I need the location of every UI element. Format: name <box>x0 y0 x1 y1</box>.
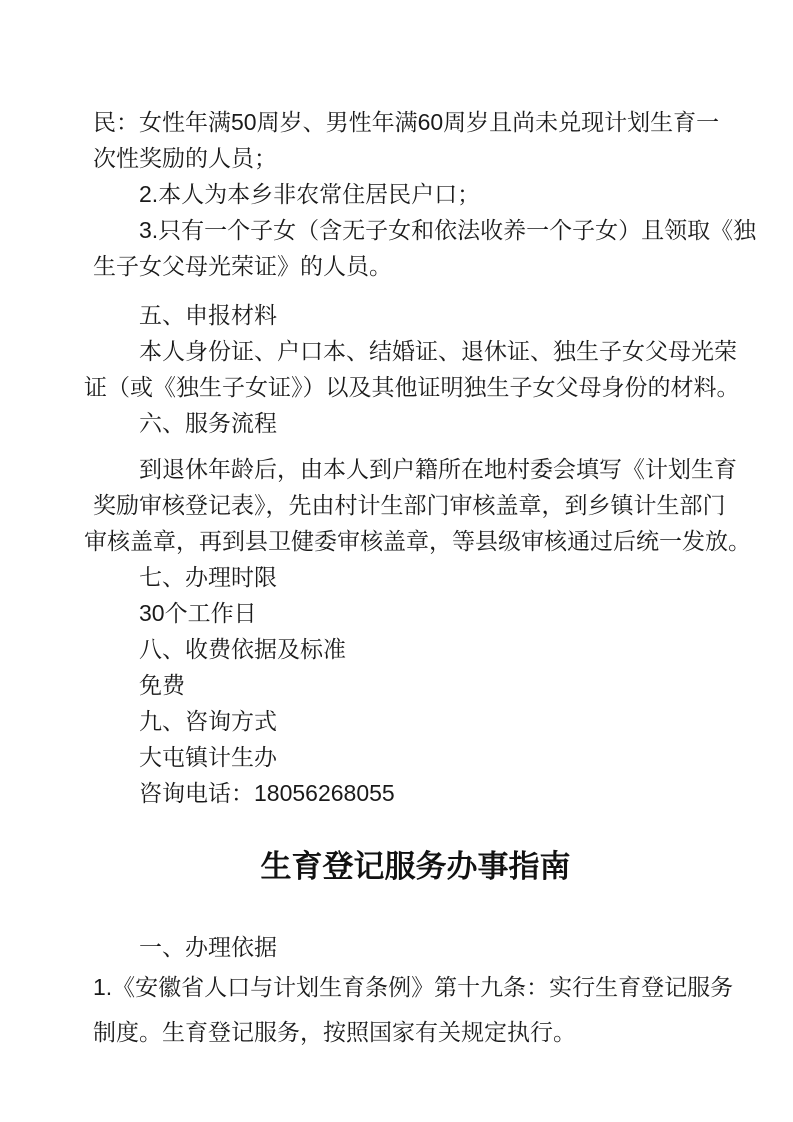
text-line: 制度。生育登记服务，按照国家有关规定执行。 <box>93 1010 738 1055</box>
para-item2: 2.本人为本乡非农常住居民户口； <box>93 176 738 212</box>
text-line: 1.《安徽省人口与计划生育条例》第十九条：实行生育登记服务 <box>93 965 738 1010</box>
para-section6-body: 到退休年龄后，由本人到户籍所在地村委会填写《计划生育 奖励审核登记表》，先由村计… <box>93 451 738 559</box>
section-heading-5: 五、申报材料 <box>93 297 738 333</box>
document-page: 民：女性年满50周岁、男性年满60周岁且尚未兑现计划生育一 次性奖励的人员； 2… <box>0 0 793 1122</box>
text-line: 生子女父母光荣证》的人员。 <box>93 248 738 284</box>
section-heading-1: 一、办理依据 <box>93 929 738 965</box>
text-line: 3.只有一个子女（含无子女和依法收养一个子女）且领取《独 <box>93 212 738 248</box>
text-line: 奖励审核登记表》，先由村计生部门审核盖章，到乡镇计生部门 <box>93 487 738 523</box>
document-content: 民：女性年满50周岁、男性年满60周岁且尚未兑现计划生育一 次性奖励的人员； 2… <box>0 0 793 1055</box>
doc-title: 生育登记服务办事指南 <box>93 845 738 889</box>
text-line: 2.本人为本乡非农常住居民户口； <box>93 176 738 212</box>
para-section5-body: 本人身份证、户口本、结婚证、退休证、独生子女父母光荣 证（或《独生子女证》）以及… <box>93 333 738 405</box>
para-eligibility-continued: 民：女性年满50周岁、男性年满60周岁且尚未兑现计划生育一 次性奖励的人员； <box>93 104 738 176</box>
para-item3: 3.只有一个子女（含无子女和依法收养一个子女）且领取《独 生子女父母光荣证》的人… <box>93 212 738 284</box>
section9-office: 大屯镇计生办 <box>93 739 738 775</box>
text-line: 本人身份证、户口本、结婚证、退休证、独生子女父母光荣 <box>93 333 738 369</box>
section9-phone: 咨询电话：18056268055 <box>93 775 738 811</box>
section7-body: 30个工作日 <box>93 595 738 631</box>
text-line: 民：女性年满50周岁、男性年满60周岁且尚未兑现计划生育一 <box>93 104 738 140</box>
section-heading-6: 六、服务流程 <box>93 405 738 441</box>
text-line: 到退休年龄后，由本人到户籍所在地村委会填写《计划生育 <box>93 451 738 487</box>
para-guide2-section1-body: 1.《安徽省人口与计划生育条例》第十九条：实行生育登记服务 制度。生育登记服务，… <box>93 965 738 1055</box>
section-heading-9: 九、咨询方式 <box>93 703 738 739</box>
section-heading-8: 八、收费依据及标准 <box>93 631 738 667</box>
section-heading-7: 七、办理时限 <box>93 559 738 595</box>
text-line: 证（或《独生子女证》）以及其他证明独生子女父母身份的材料。 <box>84 369 738 405</box>
text-line: 审核盖章，再到县卫健委审核盖章，等县级审核通过后统一发放。 <box>84 523 738 559</box>
text-line: 次性奖励的人员； <box>93 140 738 176</box>
section8-body: 免费 <box>93 667 738 703</box>
